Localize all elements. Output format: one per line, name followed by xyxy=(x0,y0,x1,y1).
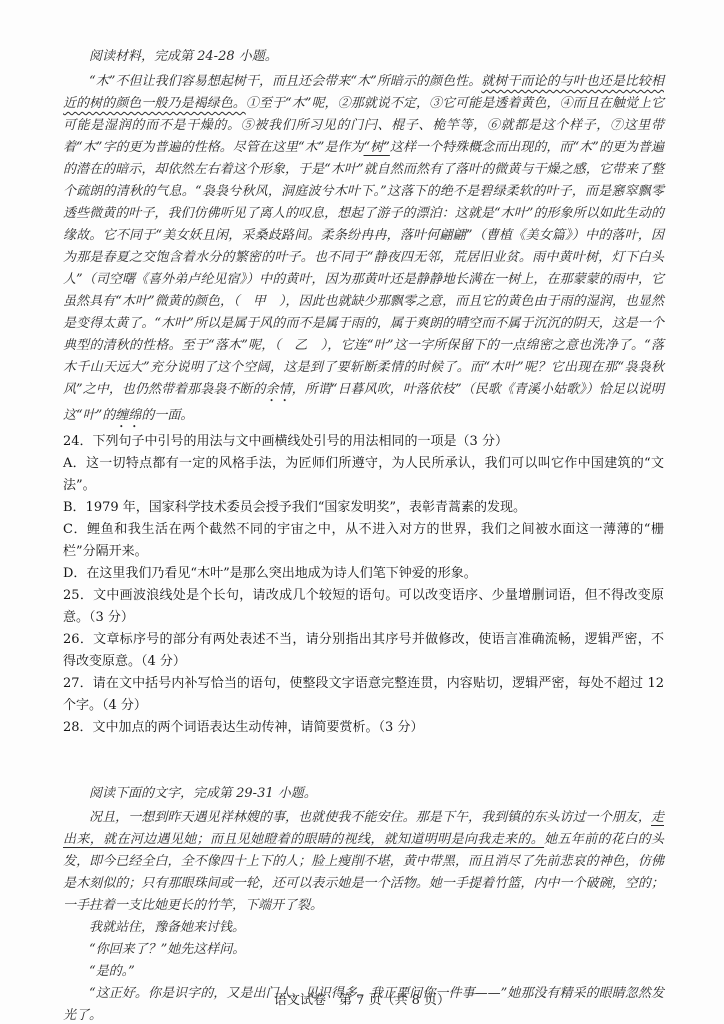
reading-instruction-1: 阅读材料，完成第 24-28 小题。 xyxy=(63,46,664,68)
text-segment: 况且，一想到昨天遇见祥林嫂的事，也就使我不能安住。那是下午，我到镇的东头访过一个… xyxy=(89,810,651,825)
question-26: 26．文章标序号的部分有两处表述不当，请分别指出其序号并做修改，使语言准确流畅，… xyxy=(63,629,664,673)
passage-2-para-2: 我就站住，豫备她来讨钱。 xyxy=(63,917,664,939)
passage-2-para-1: 况且，一想到昨天遇见祥林嫂的事，也就使我不能安住。那是下午，我到镇的东头访过一个… xyxy=(63,807,664,917)
passage-1: “木”不但让我们容易想起树干，而且还会带来“木”所暗示的颜色性。就树干而论的与叶… xyxy=(63,71,664,431)
exam-page: 阅读材料，完成第 24-28 小题。 “木”不但让我们容易想起树干，而且还会带来… xyxy=(0,0,724,1024)
question-28: 28．文中加点的两个词语表达生动传神，请简要赏析。（3 分） xyxy=(63,717,664,739)
question-24-option-b: B．1979 年，国家科学技术委员会授予我们“国家发明奖”，表彰青蒿素的发现。 xyxy=(63,497,664,519)
emphasis-dotted-text: 余情 xyxy=(266,382,292,397)
question-24: 24．下列句子中引号的用法与文中画横线处引号的用法相同的一项是（3 分） xyxy=(63,431,664,453)
question-25: 25．文中画波浪线处是个长句，请改成几个较短的语句。可以改变语序、少量增删词语，… xyxy=(63,585,664,629)
text-segment: “木”不但让我们容易想起树干，而且还会带来“木”所暗示的颜色性。 xyxy=(89,74,481,89)
question-24-option-a: A．这一切特点都有一定的风格手法，为匠师们所遵守，为人民所承认，我们可以叫它作中… xyxy=(63,453,664,497)
page-footer: 语文试卷 第 7 页（共 8 页） xyxy=(0,989,724,1008)
reading-instruction-2: 阅读下面的文字，完成第 29-31 小题。 xyxy=(63,783,664,805)
passage-2-para-3: “你回来了？”她先这样问。 xyxy=(63,939,664,961)
underlined-text: “树” xyxy=(364,140,390,155)
page-content: 阅读材料，完成第 24-28 小题。 “木”不但让我们容易想起树干，而且还会带来… xyxy=(63,46,664,1024)
emphasis-dotted-text: 缠绵 xyxy=(115,408,141,423)
question-24-option-d: D．在这里我们乃看见“木叶”是那么突出地成为诗人们笔下钟爱的形象。 xyxy=(63,563,664,585)
question-24-option-c: C．鲤鱼和我生活在两个截然不同的宇宙之中，从不进入对方的世界，我们之间被水面这一… xyxy=(63,519,664,563)
text-segment: 的一面。 xyxy=(141,408,193,423)
questions-24-28: 24．下列句子中引号的用法与文中画横线处引号的用法相同的一项是（3 分） A．这… xyxy=(63,431,664,739)
text-segment: 这样一个特殊概念而出现的，而“木”的更为普遍的潜在的暗示，却依然左右着这个形象，… xyxy=(63,140,664,397)
passage-2-para-4: “是的。” xyxy=(63,961,664,983)
question-27: 27．请在文中括号内补写恰当的语句，使整段文字语意完整连贯，内容贴切，逻辑严密，… xyxy=(63,673,664,717)
